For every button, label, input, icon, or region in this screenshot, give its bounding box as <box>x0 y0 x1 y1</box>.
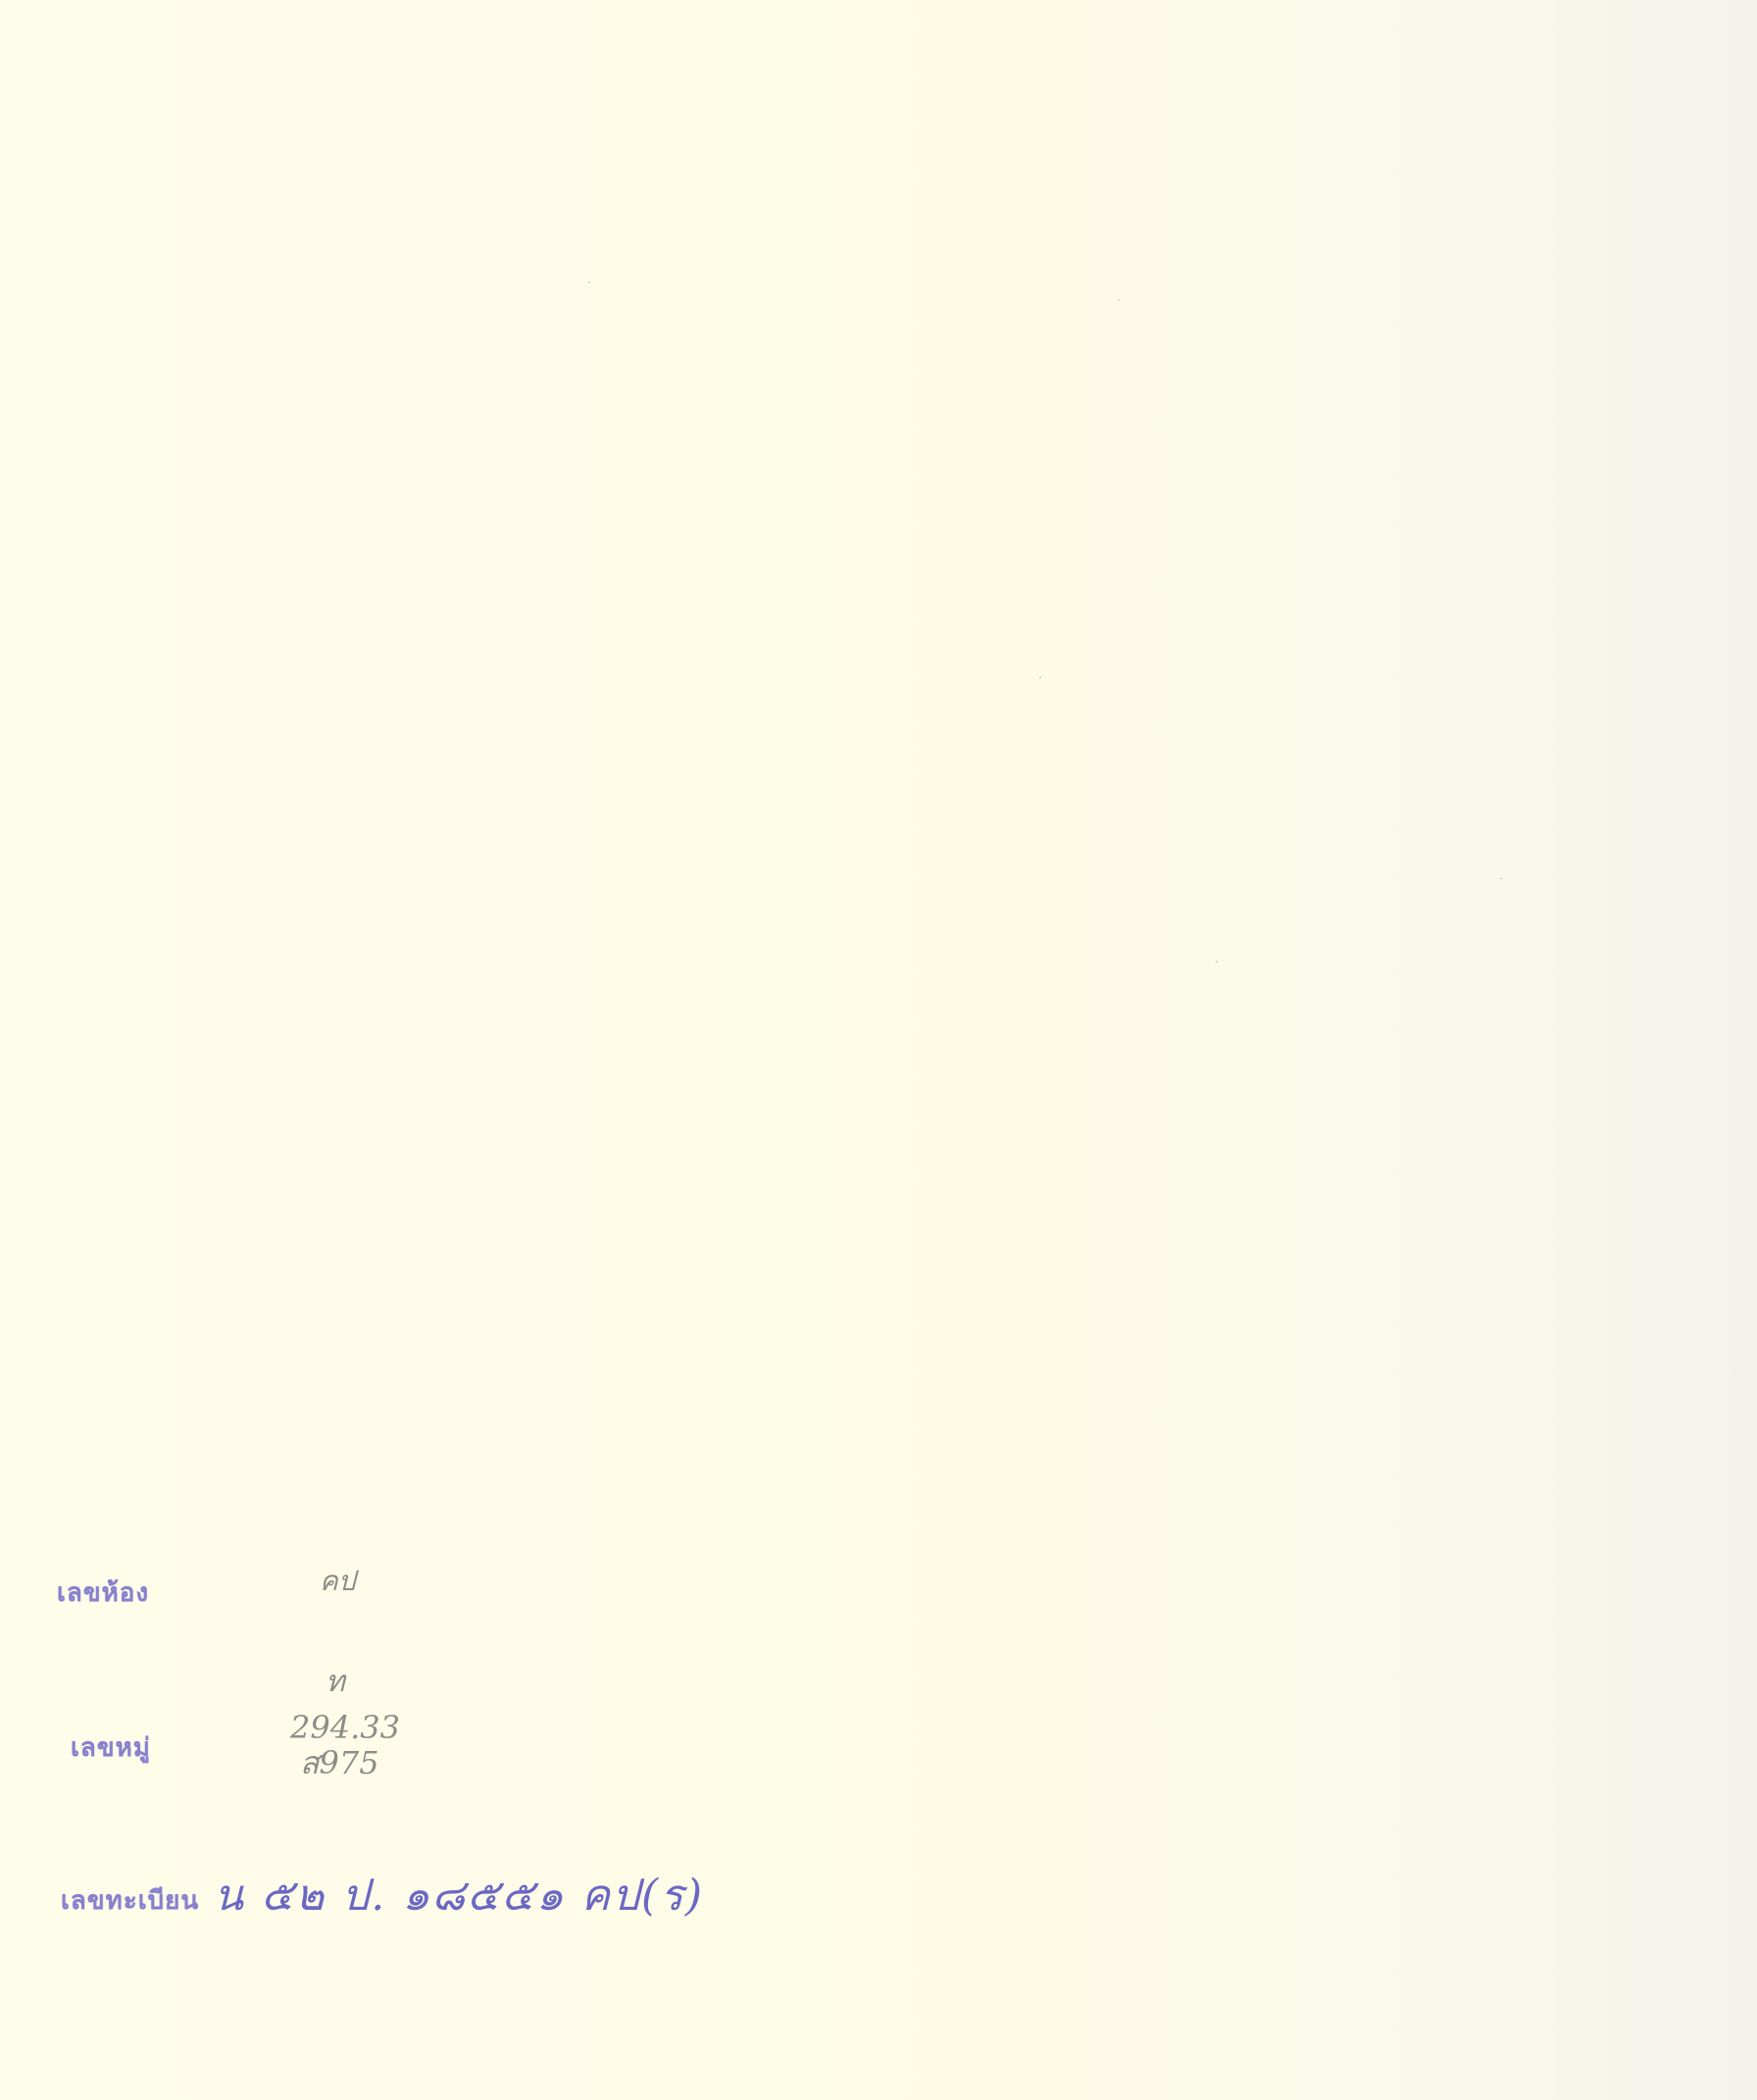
paper-speck <box>588 281 590 283</box>
call-number-label: เลขหมู่ <box>71 1727 151 1768</box>
paper-speck <box>1118 299 1120 301</box>
registration-number-value: น ๕๒ ป. ๑๘๕๕๑ คป(ร) <box>214 1861 704 1929</box>
paper-speck <box>1500 877 1502 879</box>
registration-number-label: เลขทะเบียน <box>61 1880 199 1921</box>
call-number-prefix: ท <box>326 1667 345 1698</box>
call-number-class: 294.33 <box>290 1712 400 1745</box>
call-number-cutter: ส975 <box>300 1747 379 1780</box>
paper-speck <box>1216 961 1218 963</box>
paper-speck <box>1039 676 1041 678</box>
room-number-value: คป <box>320 1567 356 1595</box>
room-number-label: เลขห้อง <box>57 1573 149 1613</box>
